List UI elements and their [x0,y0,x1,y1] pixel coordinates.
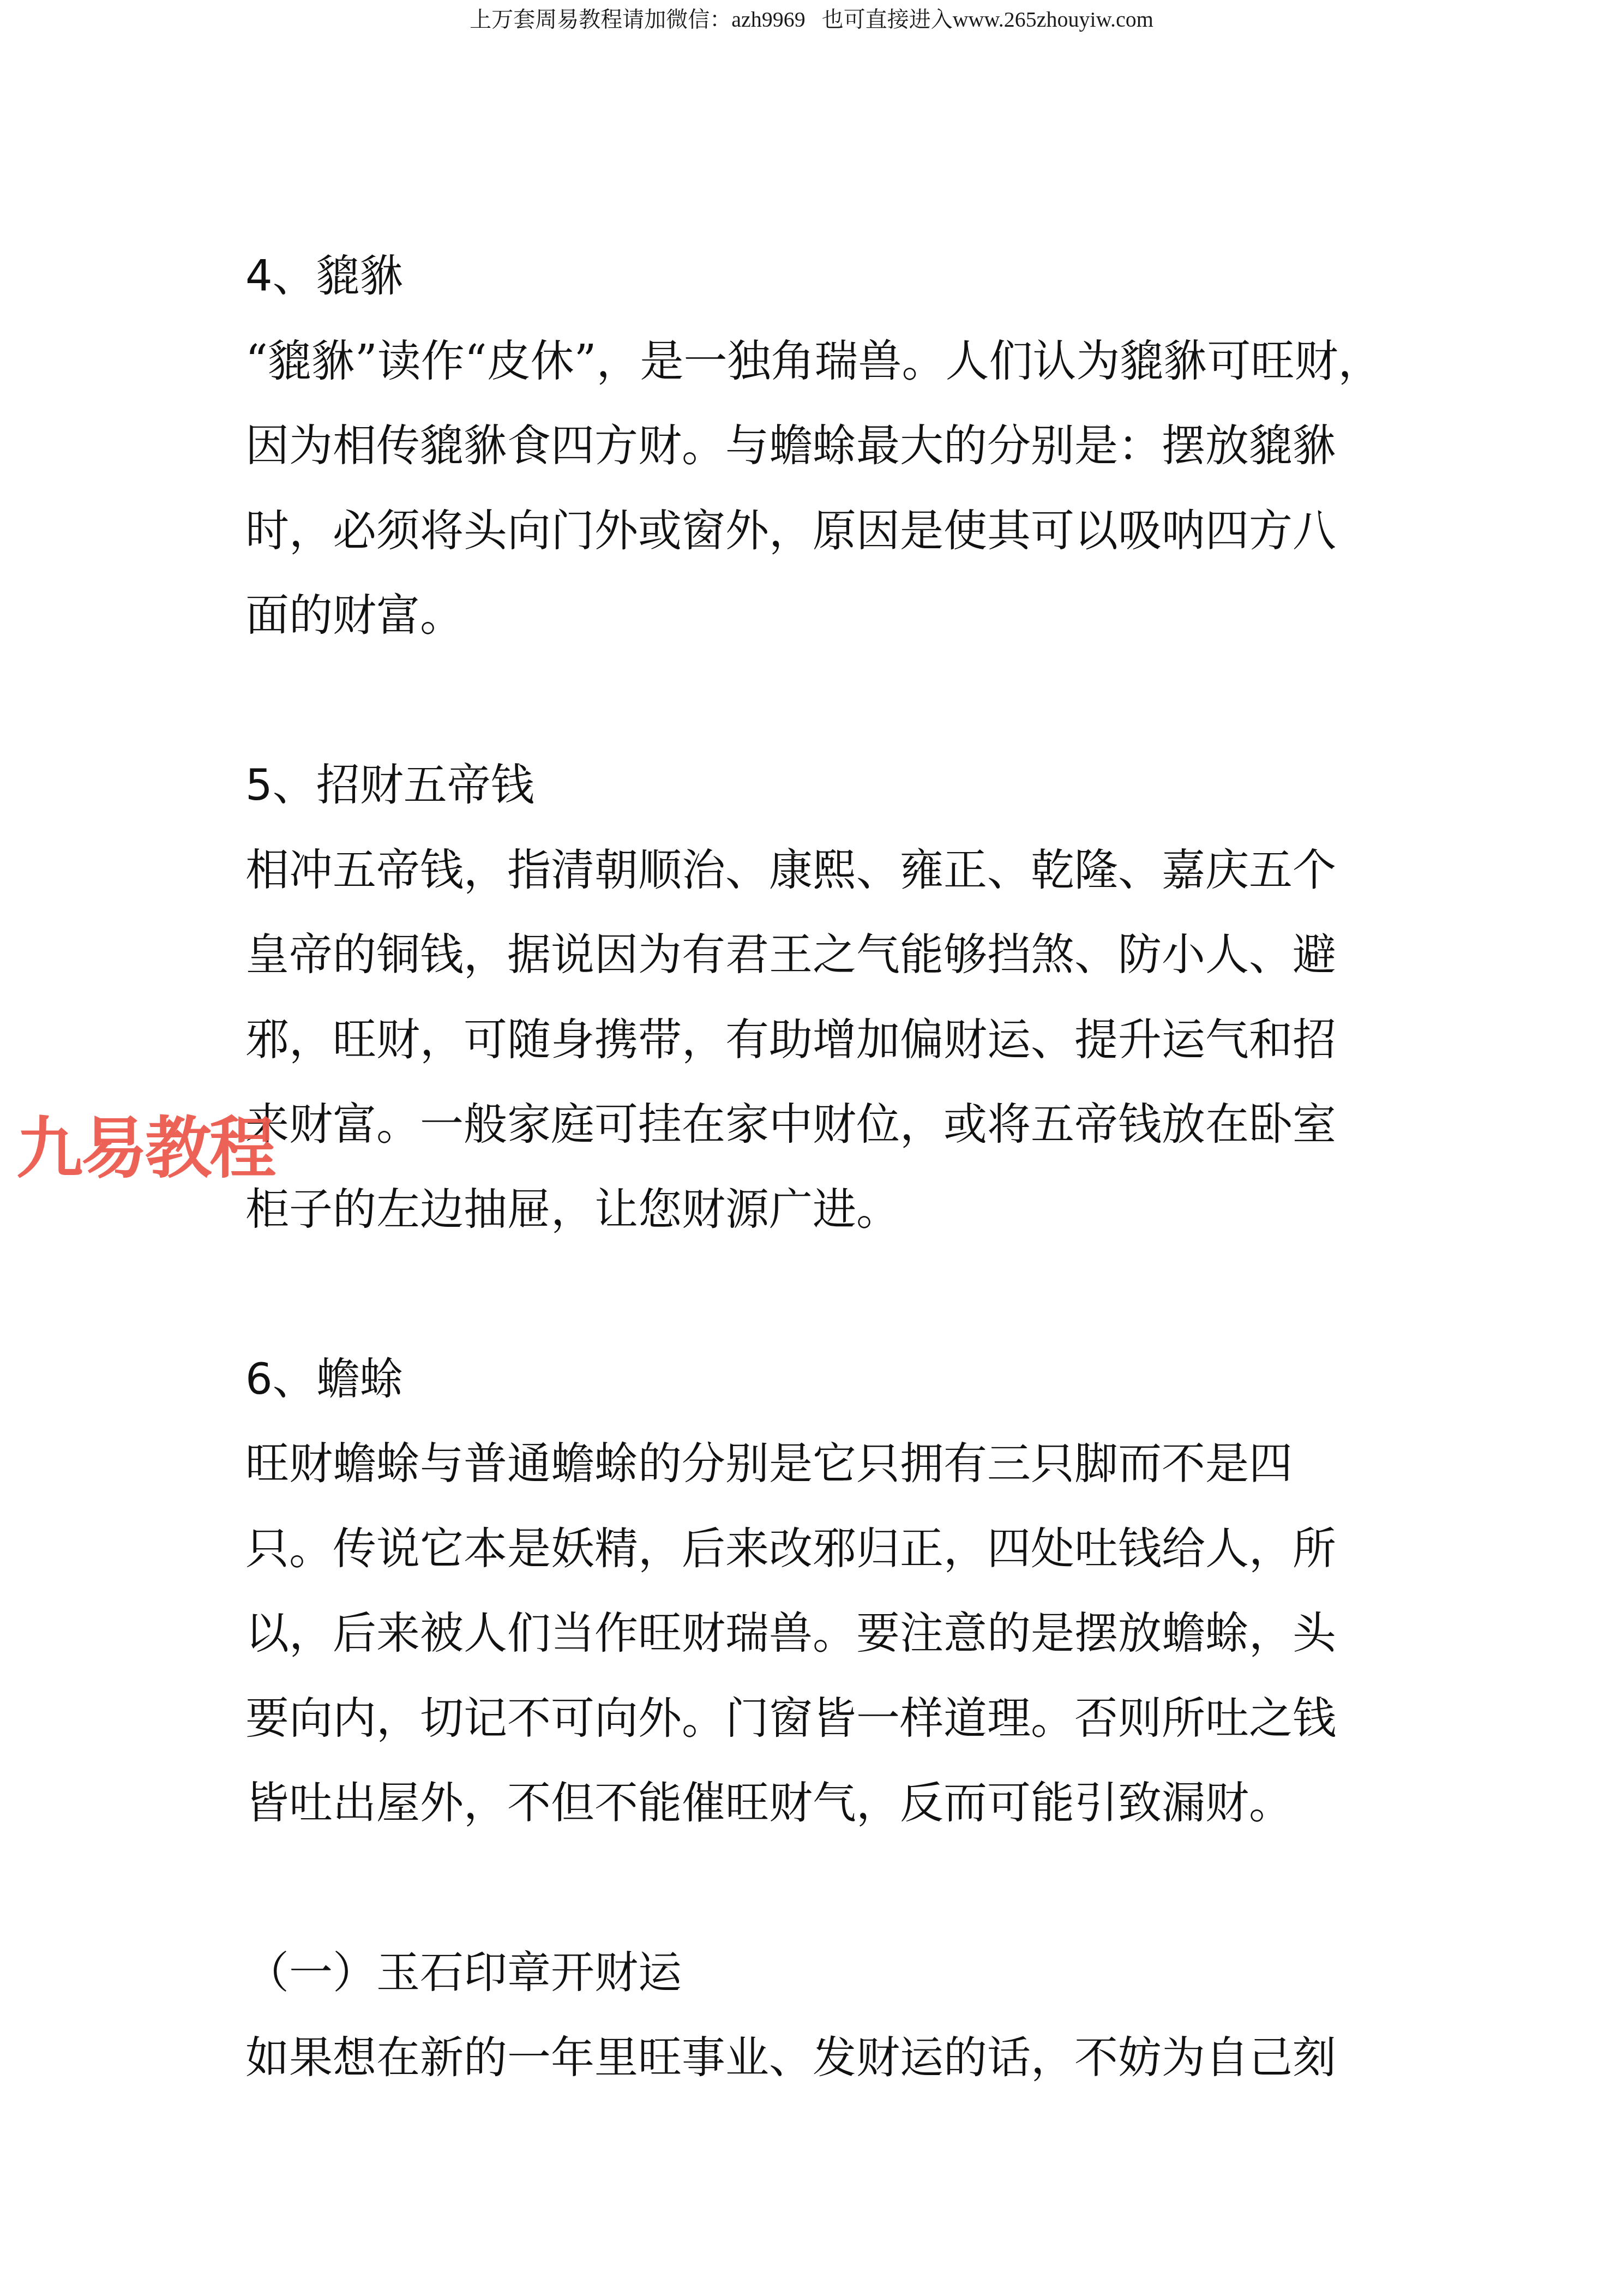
section-separator: 、 [273,250,316,301]
section-4: 4、貔貅 “貔貅”读作“皮休”，是一独角瑞兽。人们认为貔貅可旺财， 因为相传貔貅… [245,233,1369,742]
paragraph-line: 来财富。一般家庭可挂在家中财位，或将五帝钱放在卧室 [245,1082,1369,1167]
watermark-logo: 九易教程 [16,1107,274,1189]
section-title-text: 招财五帝钱 [316,759,534,810]
paragraph-line: 皆吐出屋外，不但不能催旺财气，反而可能引致漏财。 [245,1760,1369,1845]
paragraph-line: “貔貅”读作“皮休”，是一独角瑞兽。人们认为貔貅可旺财， [245,319,1369,404]
section-spacer [245,1845,1369,1931]
section-title-text: 玉石印章开财运 [376,1947,682,1998]
paragraph-line: 因为相传貔貅食四方财。与蟾蜍最大的分别是：摆放貔貅 [245,403,1369,488]
paragraph-line: 邪，旺财，可随身携带，有助增加偏财运、提升运气和招 [245,997,1369,1082]
section-separator: 、 [273,1353,316,1404]
section-title-text: 貔貅 [316,250,404,301]
section-title-text: 蟾蜍 [316,1353,404,1404]
paragraph-line: 如果想在新的一年里旺事业、发财运的话，不妨为自己刻 [245,2015,1369,2100]
section-separator: 、 [273,759,316,810]
paragraph-line: 要向内，切记不可向外。门窗皆一样道理。否则所吐之钱 [245,1676,1369,1761]
section-6: 6、蟾蜍 旺财蟾蜍与普通蟾蜍的分别是它只拥有三只脚而不是四 只。传说它本是妖精，… [245,1336,1369,1931]
section-spacer [245,1251,1369,1336]
section-heading: （一）玉石印章开财运 [245,1930,1369,2015]
paragraph-line: 只。传说它本是妖精，后来改邪归正，四处吐钱给人，所 [245,1506,1369,1591]
page-header-banner: 上万套周易教程请加微信：azh9969 也可直接进入www.265zhouyiw… [0,4,1623,35]
section-number: 6 [245,1355,273,1404]
paragraph-line: 时，必须将头向门外或窗外，原因是使其可以吸呐四方八 [245,488,1369,573]
section-heading: 6、蟾蜍 [245,1336,1369,1422]
paragraph-line: 皇帝的铜钱，据说因为有君王之气能够挡煞、防小人、避 [245,912,1369,997]
section-number: 4 [245,252,273,301]
section-5: 5、招财五帝钱 相冲五帝钱，指清朝顺治、康熙、雍正、乾隆、嘉庆五个 皇帝的铜钱，… [245,742,1369,1336]
section-heading: 4、貔貅 [245,233,1369,319]
section-jade-seal: （一）玉石印章开财运 如果想在新的一年里旺事业、发财运的话，不妨为自己刻 [245,1930,1369,2100]
paragraph-line: 面的财富。 [245,573,1369,658]
section-spacer [245,658,1369,743]
paragraph-line: 以，后来被人们当作旺财瑞兽。要注意的是摆放蟾蜍，头 [245,1591,1369,1676]
paragraph-line: 相冲五帝钱，指清朝顺治、康熙、雍正、乾隆、嘉庆五个 [245,828,1369,913]
paragraph-line: 柜子的左边抽屉，让您财源广进。 [245,1167,1369,1252]
section-number: （一） [245,1947,376,1998]
section-number: 5 [245,761,273,810]
document-body: 4、貔貅 “貔貅”读作“皮休”，是一独角瑞兽。人们认为貔貅可旺财， 因为相传貔貅… [245,233,1369,2100]
paragraph-line: 旺财蟾蜍与普通蟾蜍的分别是它只拥有三只脚而不是四 [245,1421,1369,1506]
section-heading: 5、招财五帝钱 [245,742,1369,828]
